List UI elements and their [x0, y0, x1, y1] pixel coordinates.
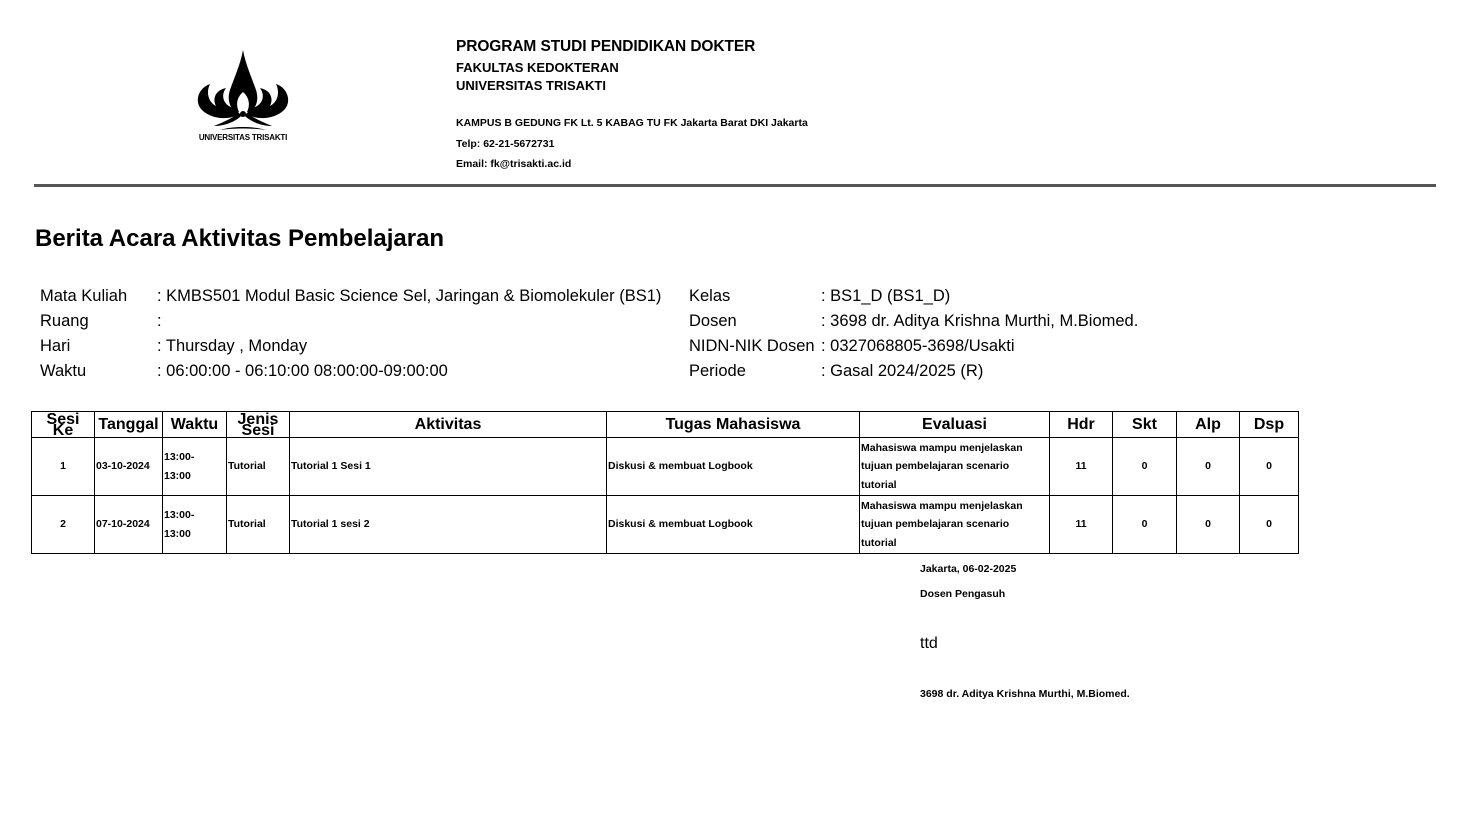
header-alp: Alp [1177, 412, 1240, 438]
header-tanggal: Tanggal [95, 412, 163, 438]
info-label: Kelas [689, 284, 730, 309]
info-value: : [157, 309, 162, 334]
table-row: 2 07-10-2024 13:00- 13:00 Tutorial Tutor… [32, 496, 1299, 554]
cell-line: 13:00- [164, 506, 225, 525]
cell-line: 13:00 [164, 525, 225, 544]
cell-evaluasi: Mahasiswa mampu menjelaskan tujuan pembe… [860, 496, 1050, 554]
header-hdr: Hdr [1050, 412, 1113, 438]
cell-jenis: Tutorial [227, 496, 290, 554]
cell-tugas: Diskusi & membuat Logbook [607, 496, 860, 554]
trisakti-emblem-icon [190, 48, 296, 132]
info-right: Kelas : BS1_D (BS1_D) Dosen : 3698 dr. A… [689, 284, 1169, 384]
signature-name: 3698 dr. Aditya Krishna Murthi, M.Biomed… [920, 688, 1130, 700]
cell-hdr: 11 [1050, 496, 1113, 554]
cell-line: Mahasiswa mampu menjelaskan [861, 439, 1048, 458]
cell-line: tujuan pembelajaran scenario [861, 457, 1048, 476]
cell-waktu: 13:00- 13:00 [163, 438, 227, 496]
info-value: : Gasal 2024/2025 (R) [821, 359, 983, 384]
cell-sesi: 1 [32, 438, 95, 496]
faculty-name: FAKULTAS KEDOKTERAN [456, 60, 619, 75]
document-title: Berita Acara Aktivitas Pembelajaran [35, 225, 444, 253]
info-value: : KMBS501 Modul Basic Science Sel, Jarin… [157, 284, 661, 309]
info-label: Mata Kuliah [40, 284, 127, 309]
cell-line: tutorial [861, 476, 1048, 495]
signature-ttd: ttd [920, 635, 938, 653]
header-sesi-ke: Sesi Ke [32, 412, 95, 438]
info-value: : 3698 dr. Aditya Krishna Murthi, M.Biom… [821, 309, 1138, 334]
cell-line: 13:00 [164, 467, 225, 486]
header-tugas: Tugas Mahasiswa [607, 412, 860, 438]
info-label: Ruang [40, 309, 89, 334]
info-left: Mata Kuliah : KMBS501 Modul Basic Scienc… [40, 284, 685, 384]
university-name: UNIVERSITAS TRISAKTI [456, 78, 606, 93]
header-waktu: Waktu [163, 412, 227, 438]
program-name: PROGRAM STUDI PENDIDIKAN DOKTER [456, 38, 755, 56]
cell-skt: 0 [1113, 438, 1177, 496]
info-label: Hari [40, 334, 70, 359]
signature-role: Dosen Pengasuh [920, 588, 1005, 600]
cell-aktivitas: Tutorial 1 Sesi 1 [290, 438, 607, 496]
header-dsp: Dsp [1240, 412, 1299, 438]
header-jenis-sesi: Jenis Sesi [227, 412, 290, 438]
cell-aktivitas: Tutorial 1 sesi 2 [290, 496, 607, 554]
logo-caption: UNIVERSITAS TRISAKTI [190, 133, 296, 142]
cell-line: tujuan pembelajaran scenario [861, 515, 1048, 534]
cell-skt: 0 [1113, 496, 1177, 554]
cell-tanggal: 07-10-2024 [95, 496, 163, 554]
email: Email: fk@trisakti.ac.id [456, 158, 571, 170]
info-value: : BS1_D (BS1_D) [821, 284, 950, 309]
cell-line: Mahasiswa mampu menjelaskan [861, 497, 1048, 516]
info-label: Dosen [689, 309, 737, 334]
header-skt: Skt [1113, 412, 1177, 438]
header-divider [34, 184, 1436, 187]
cell-dsp: 0 [1240, 496, 1299, 554]
phone: Telp: 62-21-5672731 [456, 138, 554, 150]
cell-jenis: Tutorial [227, 438, 290, 496]
cell-hdr: 11 [1050, 438, 1113, 496]
info-value: : 06:00:00 - 06:10:00 08:00:00-09:00:00 [157, 359, 448, 384]
cell-waktu: 13:00- 13:00 [163, 496, 227, 554]
cell-line: tutorial [861, 534, 1048, 553]
university-logo: UNIVERSITAS TRISAKTI [190, 48, 296, 146]
cell-alp: 0 [1177, 438, 1240, 496]
cell-tanggal: 03-10-2024 [95, 438, 163, 496]
address: KAMPUS B GEDUNG FK Lt. 5 KABAG TU FK Jak… [456, 117, 808, 129]
cell-dsp: 0 [1240, 438, 1299, 496]
activity-table: Sesi Ke Tanggal Waktu Jenis Sesi Aktivit… [31, 411, 1299, 554]
info-value: : Thursday , Monday [157, 334, 307, 359]
info-label: NIDN-NIK Dosen [689, 334, 815, 359]
cell-alp: 0 [1177, 496, 1240, 554]
header-line: Ke [33, 425, 93, 436]
header-line: Sesi [228, 425, 288, 436]
signature-place-date: Jakarta, 06-02-2025 [920, 563, 1016, 575]
info-label: Periode [689, 359, 746, 384]
cell-line: 13:00- [164, 448, 225, 467]
header-aktivitas: Aktivitas [290, 412, 607, 438]
table-row: 1 03-10-2024 13:00- 13:00 Tutorial Tutor… [32, 438, 1299, 496]
info-value: : 0327068805-3698/Usakti [821, 334, 1015, 359]
info-label: Waktu [40, 359, 86, 384]
cell-sesi: 2 [32, 496, 95, 554]
cell-evaluasi: Mahasiswa mampu menjelaskan tujuan pembe… [860, 438, 1050, 496]
cell-tugas: Diskusi & membuat Logbook [607, 438, 860, 496]
header-evaluasi: Evaluasi [860, 412, 1050, 438]
table-header-row: Sesi Ke Tanggal Waktu Jenis Sesi Aktivit… [32, 412, 1299, 438]
